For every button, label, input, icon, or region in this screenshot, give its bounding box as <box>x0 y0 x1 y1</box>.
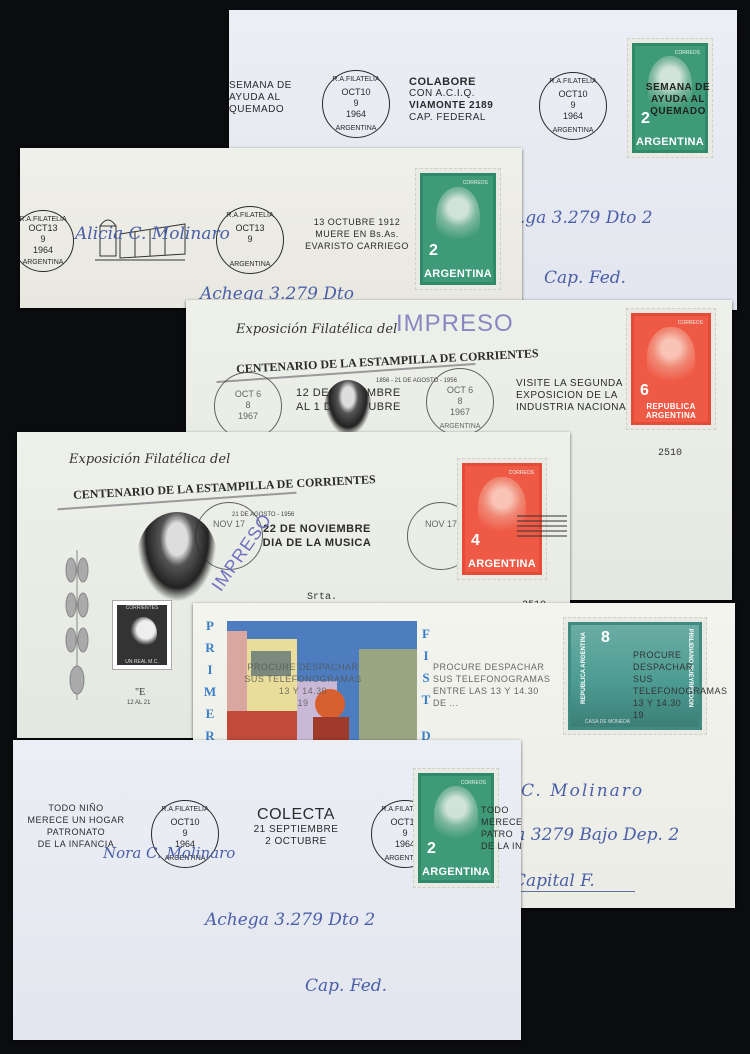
address-line: ...a 3279 Bajo Dep. 2 <box>499 825 679 845</box>
music-staff-icon <box>517 510 567 540</box>
address-city: Cap. Fed. <box>544 268 626 288</box>
slogan-colecta: COLECTA 21 SEPTIEMBRE 2 OCTUBRE <box>241 806 351 848</box>
envelope-patronato-infancia: TODO NIÑO MERECE UN HOGAR PATRONATO DE L… <box>13 740 521 1040</box>
postmark: R.A.FILATELIA OCT10 9 1964 ARGENTINA <box>539 72 607 140</box>
slogan-dia-musica: 22 DE NOVIEMBRE DIA DE LA MUSICA <box>257 522 377 550</box>
slogan-left: SEMANA DE AYUDA AL QUEMADO <box>229 80 299 116</box>
postmark: OCT 6 8 1967 <box>214 372 282 440</box>
portrait-icon <box>647 327 694 388</box>
stamp-6-peso-red: CORREOS 6 REPUBLICA ARGENTINA <box>626 308 716 430</box>
slogan-industria: VISITE LA SEGUNDA EXPOSICION DE LA INDUS… <box>516 378 626 414</box>
slogan-center: COLABORE CON A.C.I.Q. VIAMONTE 2189 CAP.… <box>409 76 529 124</box>
edge-number: 2510 <box>658 448 682 459</box>
addressee: Nora C. Molinaro <box>103 844 235 862</box>
stamp-cancel-overprint: PROCURE DESPACHAR SUS TELEFONOGRAMAS 13 … <box>633 649 733 721</box>
envelope-evaristo-carriego: R.A.FILATELIA OCT13 9 1964 ARGENTINA R.A… <box>20 148 522 308</box>
address-city: Cap. Fed. <box>305 976 387 996</box>
address-city: Capital F. <box>513 871 635 892</box>
postmark: R.A.FILATELIA OCT10 9 1964 ARGENTINA <box>322 70 390 138</box>
painting-cancel: PROCURE DESPACHAR SUS TELEFONOGRAMAS 13 … <box>243 661 363 709</box>
slogan-todo-nino: TODO NIÑO MERECE UN HOGAR PATRONATO DE L… <box>21 802 131 850</box>
slogan-telefonogramas: PROCURE DESPACHAR SUS TELEFONOGRAMAS ENT… <box>433 661 553 709</box>
addressee: Alicia C. Molinaro <box>75 224 230 244</box>
impreso-handstamp: IMPRESO <box>396 310 514 338</box>
salutation: Srta. <box>307 592 337 603</box>
postmark: R.A.FILATELIA OCT13 9 1964 ARGENTINA <box>20 210 74 272</box>
postmark: OCT 6 8 1967 ARGENTINA <box>426 368 494 436</box>
stamp-overprint-slogan: SEMANA DE AYUDA AL QUEMADO <box>633 82 723 118</box>
portrait-engraving <box>324 380 372 436</box>
portrait-icon <box>436 187 481 248</box>
slogan-partial-right: TODO MERECE U PATRO DE LA INF <box>481 804 521 852</box>
address-line: Achega 3.279 Dto 2 <box>205 910 375 930</box>
stamp-2-peso-green: CORREOS 2 ARGENTINA <box>415 168 501 290</box>
addressee: C. Molinaro <box>521 781 644 801</box>
vertical-text-fist: F I S T D <box>419 623 433 747</box>
classic-corrientes-stamp: CORRIENTES UN REAL M.C. <box>112 600 172 670</box>
slogan-carriego: 13 OCTUBRE 1912 MUERE EN Bs.As. EVARISTO… <box>302 216 412 252</box>
address-line: ...ga 3.279 Dto 2 <box>509 208 653 228</box>
portrait-icon <box>434 786 479 846</box>
wheat-ornament-icon <box>62 550 92 700</box>
